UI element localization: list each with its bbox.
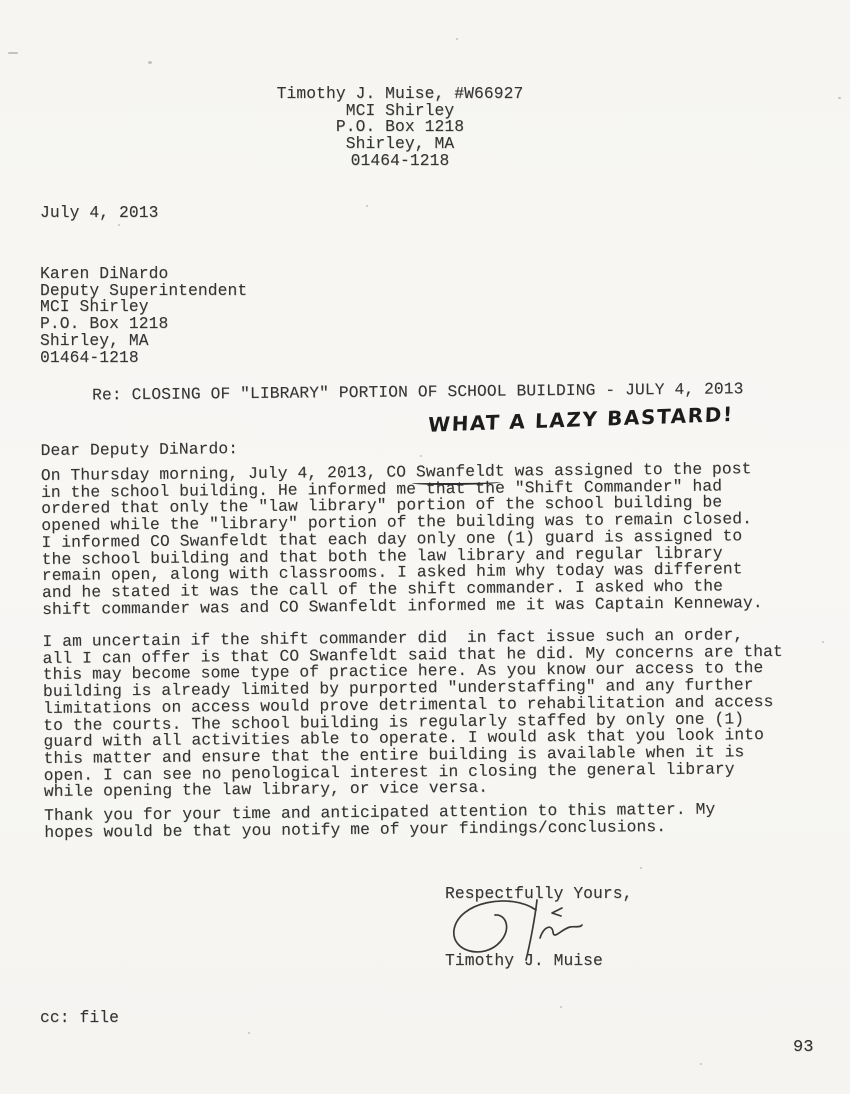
cc-line: cc: file: [40, 1010, 119, 1027]
body-paragraph-2: I am uncertain if the shift commander di…: [42, 627, 784, 801]
subject-line: Re: CLOSING OF "LIBRARY" PORTION OF SCHO…: [92, 381, 744, 404]
speck: [248, 1032, 250, 1034]
speck: [420, 455, 422, 457]
recipient-address-block: Karen DiNardo Deputy Superintendent MCI …: [40, 266, 247, 366]
body-paragraph-1: On Thursday morning, July 4, 2013, CO Sw…: [41, 461, 763, 618]
speck: [822, 641, 824, 643]
body-paragraph-3: Thank you for your time and anticipated …: [44, 802, 715, 842]
speck: [118, 224, 120, 226]
speck: [148, 61, 152, 64]
sender-address-block: Timothy J. Muise, #W66927 MCI Shirley P.…: [250, 86, 550, 170]
scanned-letter-page: Timothy J. Muise, #W66927 MCI Shirley P.…: [0, 0, 850, 1094]
speck: [838, 97, 841, 99]
signature-name: Timothy J. Muise: [445, 953, 603, 970]
salutation-line: Dear Deputy DiNardo:: [41, 441, 239, 460]
speck: [456, 38, 458, 40]
page-number: 93: [793, 1040, 814, 1057]
speck: [8, 52, 18, 54]
speck: [560, 1006, 562, 1008]
speck: [366, 205, 368, 207]
date-line: July 4, 2013: [40, 205, 158, 222]
speck: [640, 867, 642, 869]
speck: [700, 1063, 702, 1065]
letter-body: Re: CLOSING OF "LIBRARY" PORTION OF SCHO…: [40, 379, 819, 856]
